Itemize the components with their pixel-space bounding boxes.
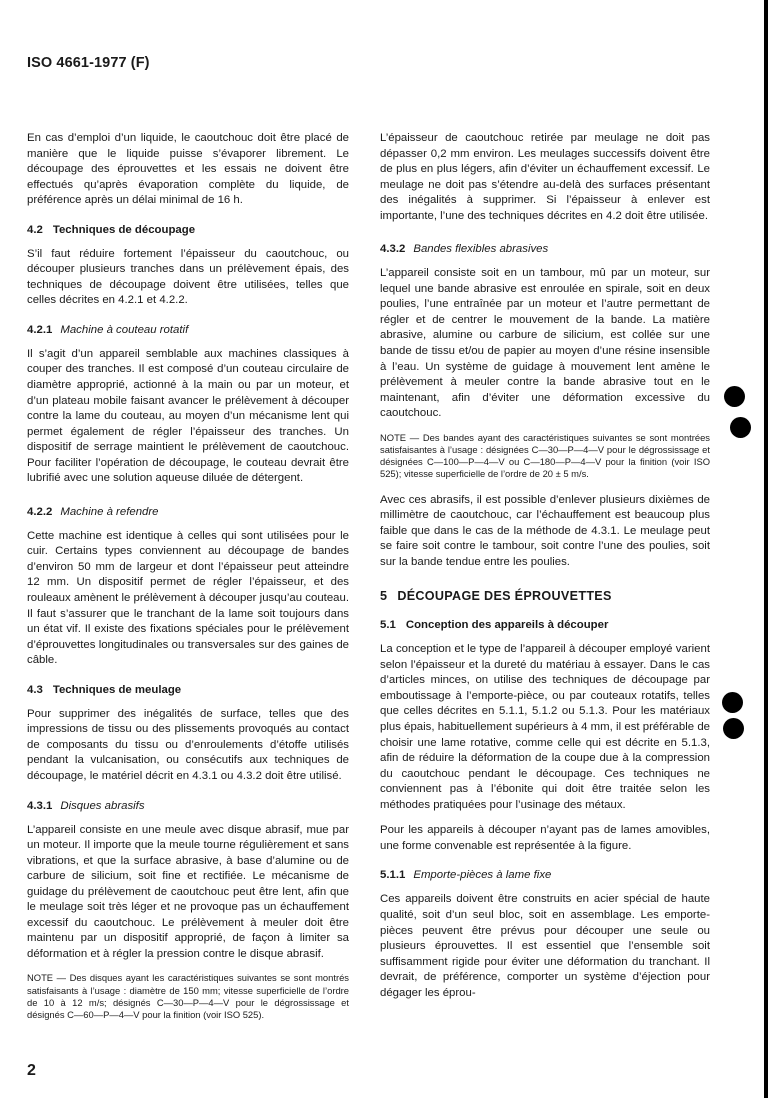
section-title: Emporte-pièces à lame fixe — [413, 869, 551, 881]
section-5-1-text: La conception et le type de l’appareil à… — [380, 642, 710, 813]
section-4-3-1-text: L’appareil consiste en une meule avec di… — [27, 823, 349, 963]
section-4-3-1-note: NOTE — Des disques ayant les caractérist… — [27, 972, 349, 1021]
section-title: Techniques de meulage — [53, 684, 181, 696]
section-4-2-2-text: Cette machine est identique à celles qui… — [27, 529, 349, 669]
left-column: En cas d’emploi d’un liquide, le caoutch… — [27, 131, 349, 1033]
section-5-1-1-heading: 5.1.1Emporte-pièces à lame fixe — [380, 868, 710, 883]
section-number: 5.1 — [380, 619, 396, 631]
section-number: 5.1.1 — [380, 869, 405, 881]
section-4-3-1-heading: 4.3.1Disques abrasifs — [27, 799, 349, 814]
section-number: 4.2.1 — [27, 324, 52, 336]
right-column: L’épaisseur de caoutchouc retirée par me… — [380, 131, 710, 1011]
section-title: Machine à refendre — [60, 506, 158, 518]
section-title: Bandes flexibles abrasives — [413, 243, 548, 255]
section-4-3-1-continued: L’épaisseur de caoutchouc retirée par me… — [380, 131, 710, 224]
section-4-2-1-heading: 4.2.1Machine à couteau rotatif — [27, 323, 349, 338]
section-number: 4.3 — [27, 684, 43, 696]
section-4-3-heading: 4.3Techniques de meulage — [27, 683, 349, 698]
section-number: 4.2 — [27, 224, 43, 236]
section-title: Disques abrasifs — [60, 800, 144, 812]
section-title: Machine à couteau rotatif — [60, 324, 188, 336]
section-5-1-heading: 5.1Conception des appareils à découper — [380, 618, 710, 633]
section-4-3-2-note: NOTE — Des bandes ayant des caractéristi… — [380, 432, 710, 481]
section-title: Techniques de découpage — [53, 224, 195, 236]
section-number: 5 — [380, 589, 387, 603]
section-5-1-text-2: Pour les appareils à découper n’ayant pa… — [380, 823, 710, 854]
section-number: 4.3.2 — [380, 243, 405, 255]
section-number: 4.2.2 — [27, 506, 52, 518]
margin-mark-icon — [723, 718, 744, 739]
intro-paragraph: En cas d’emploi d’un liquide, le caoutch… — [27, 131, 349, 209]
section-4-2-1-text: Il s’agit d’un appareil semblable aux ma… — [27, 347, 349, 487]
margin-mark-icon — [722, 692, 743, 713]
section-4-2-text: S’il faut réduire fortement l’épaisseur … — [27, 247, 349, 309]
section-number: 4.3.1 — [27, 800, 52, 812]
section-5-heading: 5DÉCOUPAGE DES ÉPROUVETTES — [380, 588, 710, 604]
section-4-3-2-heading: 4.3.2Bandes flexibles abrasives — [380, 242, 710, 257]
margin-mark-icon — [730, 417, 751, 438]
margin-mark-icon — [724, 386, 745, 407]
section-4-3-text: Pour supprimer des inégalités de surface… — [27, 707, 349, 785]
section-4-3-2-text: L’appareil consiste soit en un tambour, … — [380, 266, 710, 421]
scan-edge-bar — [764, 0, 768, 1098]
document-header: ISO 4661-1977 (F) — [27, 55, 150, 71]
section-4-3-2-text-2: Avec ces abrasifs, il est possible d’enl… — [380, 493, 710, 571]
section-4-2-heading: 4.2Techniques de découpage — [27, 223, 349, 238]
section-title: Conception des appareils à découper — [406, 619, 609, 631]
section-5-1-1-text: Ces appareils doivent être construits en… — [380, 892, 710, 1001]
section-4-2-2-heading: 4.2.2Machine à refendre — [27, 505, 349, 520]
page-number: 2 — [27, 1062, 36, 1080]
section-title: DÉCOUPAGE DES ÉPROUVETTES — [397, 589, 611, 603]
